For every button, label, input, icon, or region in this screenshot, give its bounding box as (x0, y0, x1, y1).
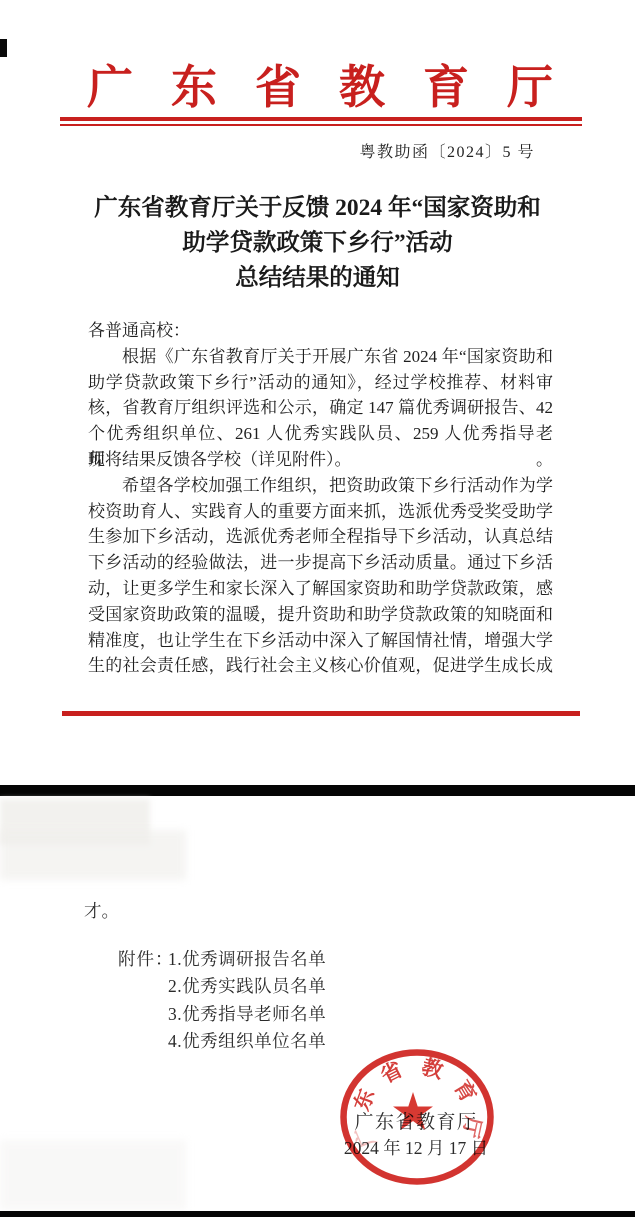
body-line-2: 根据《广东省教育厅关于开展广东省 2024 年“国家资助和 (88, 344, 553, 370)
page-1: 广东省教育厅 粤教助函〔2024〕5 号 广东省教育厅关于反馈 2024 年“国… (0, 0, 635, 785)
body-line-7: 希望各学校加强工作组织，把资助政策下乡行活动作为学 (88, 473, 553, 499)
official-seal: 广东省教育厅 (332, 1045, 502, 1195)
page1-footer-rule (62, 711, 580, 716)
title-line-1: 广东省教育厅关于反馈 2024 年“国家资助和 (0, 191, 635, 226)
body-line-14: 生的社会责任感，践行社会主义核心价值观，促进学生成长成 (88, 653, 553, 679)
star-icon (393, 1092, 433, 1130)
body-line-12: 受国家资助政策的温暖，提升资助和助学贷款政策的知晓面和 (88, 602, 553, 628)
attachment-item-2: 2.优秀实践队员名单 (168, 975, 326, 1002)
agency-letterhead: 广东省教育厅 (87, 64, 553, 112)
seal-char: 厅 (458, 1114, 486, 1141)
attachment-item-3: 3.优秀指导老师名单 (168, 1003, 326, 1030)
body-line-13: 精准度，也让学生在下乡活动中深入了解国情社情，增强大学 (88, 628, 553, 654)
seal-char: 教 (419, 1055, 447, 1084)
scan-shadow-artifact (0, 1140, 186, 1210)
seal-char: 东 (350, 1086, 380, 1114)
body-line-1: 各普通高校： (88, 318, 553, 344)
letterhead-char: 教 (339, 64, 385, 112)
body-line-8: 校资助育人、实践育人的重要方面来抓，选派优秀受奖受助学 (88, 499, 553, 525)
letterhead-char: 厅 (507, 64, 553, 112)
scan-edge-artifact (0, 39, 7, 57)
document-scan: 广东省教育厅 粤教助函〔2024〕5 号 广东省教育厅关于反馈 2024 年“国… (0, 0, 635, 1217)
title-line-2: 助学贷款政策下乡行”活动 (0, 226, 635, 261)
letterhead-rule-thin (60, 124, 582, 126)
body-continuation: 才。 (84, 900, 119, 922)
letterhead-char: 广 (87, 64, 133, 112)
page-2: 才。 附件： 1.优秀调研报告名单2.优秀实践队员名单3.优秀指导老师名单4.优… (0, 796, 635, 1211)
body-line-3: 助学贷款政策下乡行”活动的通知》，经过学校推荐、材料审 (88, 370, 553, 396)
title-line-3: 总结结果的通知 (0, 261, 635, 296)
letterhead-rule-thick (60, 117, 582, 121)
attachment-item-4: 4.优秀组织单位名单 (168, 1030, 326, 1057)
letterhead-char: 省 (255, 64, 301, 112)
attachments-label: 附件： (118, 948, 174, 970)
letterhead-char: 东 (171, 64, 217, 112)
document-number: 粤教助函〔2024〕5 号 (359, 143, 535, 163)
page-break-band (0, 785, 635, 796)
body-line-11: 动，让更多学生和家长深入了解国家资助和助学贷款政策，感 (88, 576, 553, 602)
document-title: 广东省教育厅关于反馈 2024 年“国家资助和 助学贷款政策下乡行”活动 总结结… (0, 191, 635, 296)
body-line-9: 生参加下乡活动，选派优秀老师全程指导下乡活动，认真总结 (88, 524, 553, 550)
attachment-item-1: 1.优秀调研报告名单 (168, 948, 326, 975)
body-line-5: 个优秀组织单位、261 人优秀实践队员、259 人优秀指导老师。 (88, 421, 553, 447)
scan-shadow-artifact (0, 830, 186, 880)
scan-bottom-bar (0, 1211, 635, 1217)
body-text: 各普通高校：根据《广东省教育厅关于开展广东省 2024 年“国家资助和助学贷款政… (88, 318, 553, 679)
body-line-10: 下乡活动的经验做法，进一步提高下乡活动质量。通过下乡活 (88, 550, 553, 576)
body-line-4: 核，省教育厅组织评选和公示，确定 147 篇优秀调研报告、42 (88, 395, 553, 421)
attachments-list: 1.优秀调研报告名单2.优秀实践队员名单3.优秀指导老师名单4.优秀组织单位名单 (168, 948, 326, 1058)
letterhead-char: 育 (423, 64, 469, 112)
